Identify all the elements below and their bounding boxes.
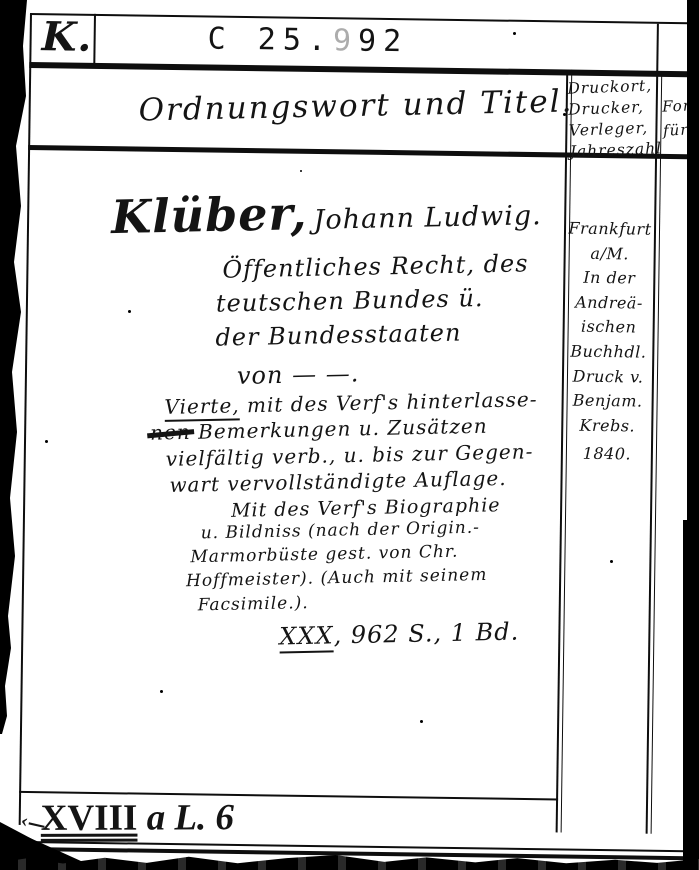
imprint-line: Krebs. (564, 413, 650, 439)
title-line: teutschen Bundes ü. (216, 284, 484, 318)
header-top-rule-thick (29, 62, 697, 77)
shelfmark-rest: a L. 6 (147, 797, 235, 838)
collation-underlined: XXX (279, 621, 334, 653)
torn-left-edge (0, 0, 34, 870)
author-surname: Klüber, (111, 186, 308, 244)
imprint-line: Frankfurt (567, 217, 653, 243)
scan-speckle (563, 113, 566, 116)
scan-speckle (45, 440, 48, 443)
title-line: Öffentliches Recht, des (222, 249, 529, 283)
imprint-line: Andreä- (566, 290, 652, 316)
call-number: C 25.992 (207, 21, 408, 59)
author-forenames: Johann Ludwig. (313, 200, 542, 236)
catalog-card: K. C 25.992 Ordnungswort und Titel. Druc… (18, 13, 698, 868)
entry-author-line: Klüber, Johann Ludwig. (111, 181, 543, 244)
top-border-line (30, 13, 698, 24)
imprint-body: Frankfurt a/M. In der Andreä- ischen Buc… (564, 217, 653, 468)
scan-speckle (420, 720, 423, 723)
imprint-line: Benjam. (564, 389, 650, 415)
scan-speckle (610, 560, 613, 563)
imprint-line: a/M. (567, 241, 653, 267)
title-line: der Bundesstaaten (215, 318, 462, 351)
edition-line1-rest: mit des Verf's hinterlasse- (247, 387, 538, 417)
title-line: von — —. (237, 359, 360, 390)
catalog-card-scan: K. C 25.992 Ordnungswort und Titel. Druc… (0, 0, 699, 870)
imprint-header-line: Jahreszahl (569, 138, 656, 162)
collation-line: XXX, 962 S., 1 Bd. (279, 618, 520, 651)
imprint-column-header: Druckort, Drucker, Verleger, Jahreszahl (567, 76, 656, 163)
scan-speckle (513, 32, 516, 35)
edition-line2-rest: Bemerkungen u. Zusätzen (198, 414, 488, 444)
call-number-prefix: C 25. (207, 21, 333, 58)
imprint-line: Buchhdl. (565, 339, 651, 365)
call-number-suffix: 92 (358, 24, 409, 60)
scan-speckle (300, 170, 302, 172)
imprint-line: ischen (565, 315, 651, 341)
note-line: Marmorbüste gest. von Chr. (190, 542, 458, 568)
collation-rest: , 962 S., 1 Bd. (333, 618, 519, 650)
imprint-line: In der (566, 266, 652, 292)
imprint-line: 1840. (564, 442, 650, 468)
index-letter: K. (41, 13, 92, 61)
right-scan-strip-lower (683, 520, 689, 870)
call-number-faint-digit: 9 (333, 23, 359, 58)
edition-struck-word: nen (150, 420, 191, 445)
main-column-header: Ordnungswort und Titel. (138, 83, 574, 128)
note-line: Hoffmeister). (Auch mit seinem (186, 565, 488, 591)
imprint-line: Druck v. (565, 364, 651, 390)
edition-underlined-word: Vierte, (164, 393, 240, 422)
edition-line: wart vervollständigte Auflage. (169, 466, 507, 497)
scan-speckle (160, 690, 163, 693)
index-box-right-line (93, 14, 96, 65)
scan-speckle (128, 310, 131, 313)
note-line: Facsimile.). (198, 593, 309, 615)
